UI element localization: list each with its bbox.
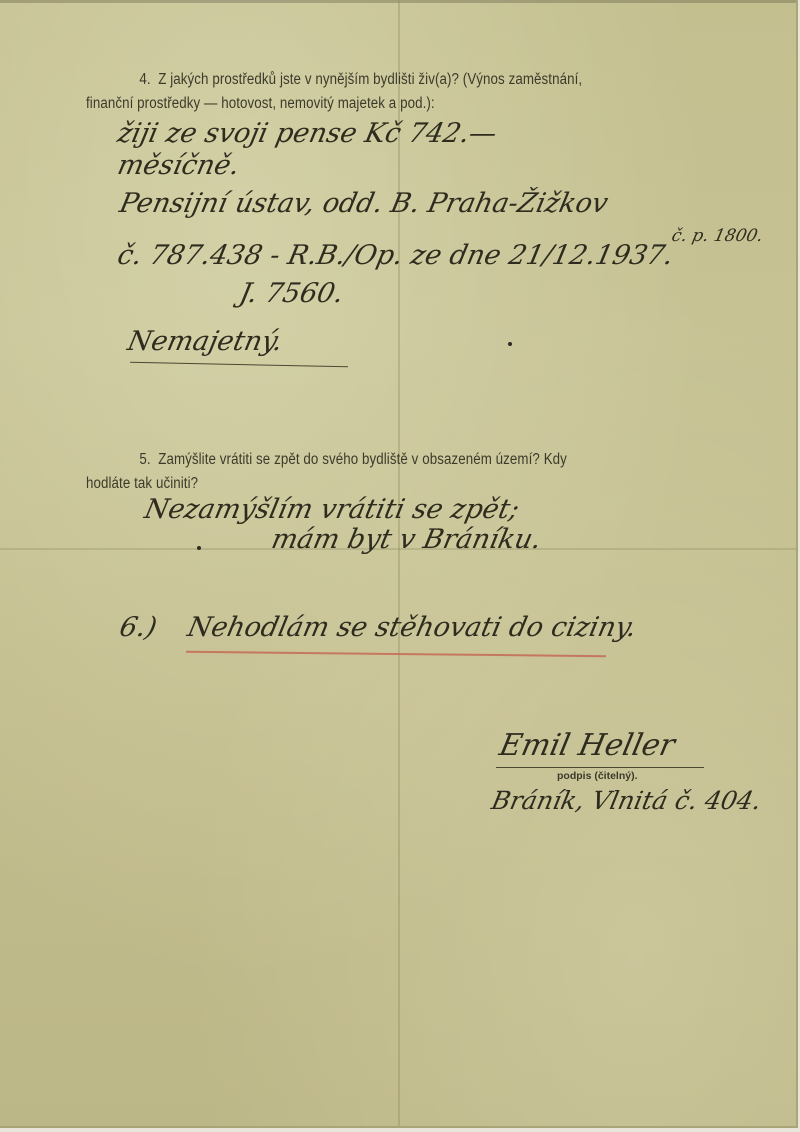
answer-4-line-7: Nemajetný. — [125, 326, 286, 357]
question-4-number: 4. — [139, 71, 150, 88]
signature: Emil Heller — [496, 728, 678, 763]
question-5-line1: Zamýšlite vrátiti se zpět do svého bydli… — [158, 451, 567, 468]
answer-4-line-1: žiji ze svoji pense Kč 742.— — [115, 118, 500, 149]
vertical-fold-crease — [398, 0, 400, 1126]
ink-dot — [508, 342, 512, 346]
question-4-line2: finanční prostředky — hotovost, nemovitý… — [86, 92, 705, 116]
answer-5-line-1: Nezamýšlím vrátiti se zpět; — [142, 494, 522, 525]
document-page: 4. Z jakých prostředků jste v nynějším b… — [0, 0, 798, 1128]
signature-caption: podpis (čitelný). — [557, 770, 638, 782]
red-pencil-underline — [186, 651, 606, 657]
answer-4-underline — [130, 362, 348, 368]
answer-6: Nehodlám se stěhovati do ciziny. — [185, 612, 640, 643]
answer-4-line-6: J. 7560. — [237, 278, 347, 309]
question-6-number: 6.) — [117, 612, 160, 643]
question-4-text: 4. Z jakých prostředků jste v nynějším b… — [86, 68, 705, 116]
answer-4-line-5: č. 787.438 - R.B./Op. ze dne 21/12.1937. — [115, 240, 677, 271]
answer-4-line-4: č. p. 1800. — [670, 226, 765, 246]
answer-5-line-2: mám byt v Bráníku. — [269, 524, 544, 555]
question-5-number: 5. — [139, 451, 150, 468]
ink-dot — [197, 546, 201, 550]
question-5-text: 5. Zamýšlite vrátiti se zpět do svého by… — [86, 448, 705, 496]
signature-address: Bráník, Vlnitá č. 404. — [489, 786, 764, 815]
answer-4-line-2: měsíčně. — [115, 150, 243, 181]
signature-line — [496, 767, 704, 768]
question-5-line2: hodláte tak učiniti? — [86, 472, 705, 496]
answer-4-line-3: Pensijní ústav, odd. B. Praha-Žižkov — [117, 188, 611, 219]
question-4-line1: Z jakých prostředků jste v nynějším bydl… — [158, 71, 582, 88]
